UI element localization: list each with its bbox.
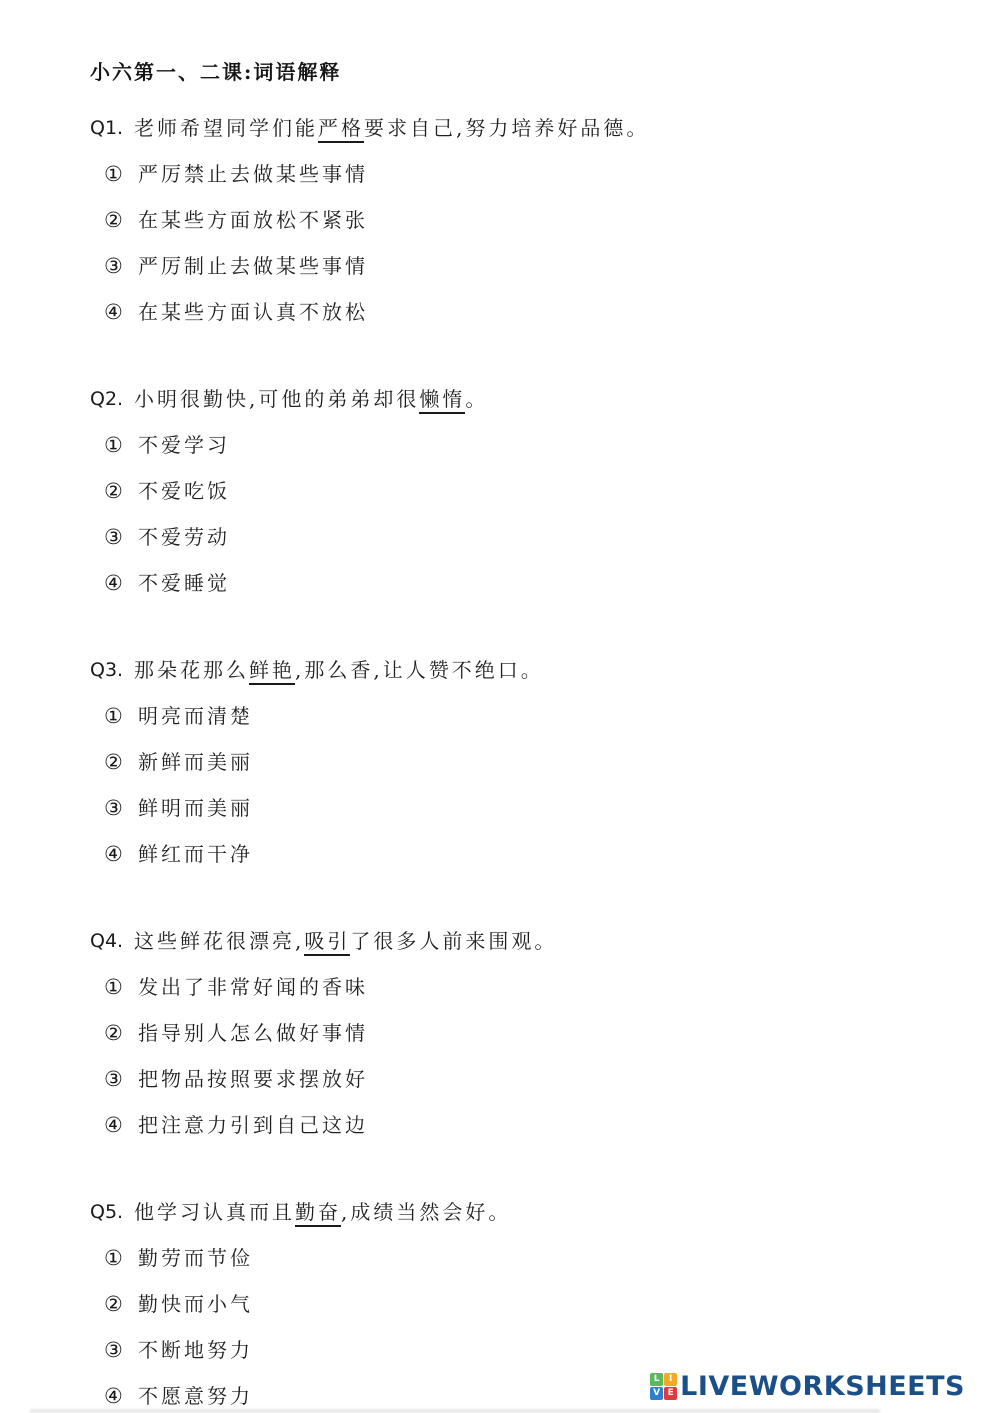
question-text-post: 要求自己,努力培养好品德。 (364, 116, 649, 140)
option-circle-number: ③ (104, 796, 138, 820)
answer-option[interactable]: ④ 在某些方面认真不放松 (104, 300, 1000, 324)
answer-option[interactable]: ② 在某些方面放松不紧张 (104, 208, 1000, 232)
question-number: Q5. (90, 1200, 134, 1224)
question-text-post: 。 (465, 387, 488, 411)
option-circle-number: ④ (104, 300, 138, 324)
question-text-pre: 那朵花那么 (134, 658, 249, 682)
option-label: 鲜明而美丽 (138, 796, 253, 820)
question-text: 他学习认真而且勤奋,成绩当然会好。 (134, 1200, 511, 1224)
option-circle-number: ④ (104, 1384, 138, 1408)
underlined-word: 鲜艳 (249, 658, 295, 685)
question-text-post: ,那么香,让人赞不绝口。 (295, 658, 544, 682)
answer-option[interactable]: ③ 不断地努力 (104, 1338, 1000, 1362)
option-label: 不爱学习 (138, 433, 230, 457)
option-label: 勤快而小气 (138, 1292, 253, 1316)
option-circle-number: ④ (104, 842, 138, 866)
answer-option[interactable]: ④ 鲜红而干净 (104, 842, 1000, 866)
question-block-q1: Q1. 老师希望同学们能严格要求自己,努力培养好品德。 ① 严厉禁止去做某些事情… (90, 116, 1000, 324)
option-circle-number: ① (104, 162, 138, 186)
option-label: 不断地努力 (138, 1338, 253, 1362)
answer-option[interactable]: ③ 严厉制止去做某些事情 (104, 254, 1000, 278)
question-text: 那朵花那么鲜艳,那么香,让人赞不绝口。 (134, 658, 544, 682)
answer-option[interactable]: ④ 不爱睡觉 (104, 571, 1000, 595)
option-label: 新鲜而美丽 (138, 750, 253, 774)
question-block-q2: Q2. 小明很勤快,可他的弟弟却很懒惰。 ① 不爱学习 ② 不爱吃饭 ③ 不爱劳… (90, 387, 1000, 595)
option-circle-number: ① (104, 433, 138, 457)
answer-option[interactable]: ② 新鲜而美丽 (104, 750, 1000, 774)
question-block-q4: Q4. 这些鲜花很漂亮,吸引了很多人前来围观。 ① 发出了非常好闻的香味 ② 指… (90, 929, 1000, 1137)
option-circle-number: ② (104, 1292, 138, 1316)
option-label: 明亮而清楚 (138, 704, 253, 728)
question-line: Q1. 老师希望同学们能严格要求自己,努力培养好品德。 (90, 116, 1000, 140)
answer-option[interactable]: ③ 不爱劳动 (104, 525, 1000, 549)
option-circle-number: ② (104, 479, 138, 503)
question-line: Q4. 这些鲜花很漂亮,吸引了很多人前来围观。 (90, 929, 1000, 953)
answer-option[interactable]: ① 明亮而清楚 (104, 704, 1000, 728)
question-text-pre: 小明很勤快,可他的弟弟却很 (134, 387, 419, 411)
answer-option[interactable]: ① 严厉禁止去做某些事情 (104, 162, 1000, 186)
question-number: Q2. (90, 387, 134, 411)
answer-option[interactable]: ① 勤劳而节俭 (104, 1246, 1000, 1270)
question-line: Q5. 他学习认真而且勤奋,成绩当然会好。 (90, 1200, 1000, 1224)
option-label: 鲜红而干净 (138, 842, 253, 866)
question-text-pre: 老师希望同学们能 (134, 116, 318, 140)
question-text-post: 了很多人前来围观。 (350, 929, 557, 953)
option-label: 在某些方面放松不紧张 (138, 208, 368, 232)
answer-option[interactable]: ② 指导别人怎么做好事情 (104, 1021, 1000, 1045)
option-label: 不愿意努力 (138, 1384, 253, 1408)
question-text: 小明很勤快,可他的弟弟却很懒惰。 (134, 387, 488, 411)
option-label: 严厉制止去做某些事情 (138, 254, 368, 278)
option-label: 在某些方面认真不放松 (138, 300, 368, 324)
page-cut-artifact (30, 1409, 880, 1413)
underlined-word: 吸引 (304, 929, 350, 956)
liveworksheets-wordmark: LIVEWORKSHEETS (680, 1371, 965, 1402)
option-circle-number: ④ (104, 571, 138, 595)
answer-option[interactable]: ① 发出了非常好闻的香味 (104, 975, 1000, 999)
option-label: 不爱吃饭 (138, 479, 230, 503)
answer-option[interactable]: ③ 鲜明而美丽 (104, 796, 1000, 820)
question-text-pre: 他学习认真而且 (134, 1200, 295, 1224)
answer-option[interactable]: ① 不爱学习 (104, 433, 1000, 457)
question-number: Q4. (90, 929, 134, 953)
liveworksheets-logo-icon: L I V E (650, 1373, 677, 1400)
option-label: 勤劳而节俭 (138, 1246, 253, 1270)
option-circle-number: ② (104, 1021, 138, 1045)
worksheet-page: 小六第一、二课:词语解释 Q1. 老师希望同学们能严格要求自己,努力培养好品德。… (0, 0, 1000, 1413)
question-text-pre: 这些鲜花很漂亮, (134, 929, 304, 953)
underlined-word: 懒惰 (419, 387, 465, 414)
question-line: Q2. 小明很勤快,可他的弟弟却很懒惰。 (90, 387, 1000, 411)
answer-option[interactable]: ③ 把物品按照要求摆放好 (104, 1067, 1000, 1091)
option-label: 不爱劳动 (138, 525, 230, 549)
liveworksheets-footer-link[interactable]: L I V E LIVEWORKSHEETS (650, 1371, 965, 1402)
underlined-word: 勤奋 (295, 1200, 341, 1227)
option-circle-number: ③ (104, 1067, 138, 1091)
logo-square: L (650, 1373, 663, 1386)
question-line: Q3. 那朵花那么鲜艳,那么香,让人赞不绝口。 (90, 658, 1000, 682)
option-circle-number: ③ (104, 525, 138, 549)
underlined-word: 严格 (318, 116, 364, 143)
question-text: 这些鲜花很漂亮,吸引了很多人前来围观。 (134, 929, 557, 953)
answer-option[interactable]: ② 勤快而小气 (104, 1292, 1000, 1316)
question-block-q3: Q3. 那朵花那么鲜艳,那么香,让人赞不绝口。 ① 明亮而清楚 ② 新鲜而美丽 … (90, 658, 1000, 866)
option-circle-number: ③ (104, 254, 138, 278)
logo-square: E (664, 1387, 677, 1400)
logo-square: I (664, 1373, 677, 1386)
option-circle-number: ② (104, 208, 138, 232)
option-label: 严厉禁止去做某些事情 (138, 162, 368, 186)
option-label: 不爱睡觉 (138, 571, 230, 595)
answer-option[interactable]: ④ 把注意力引到自己这边 (104, 1113, 1000, 1137)
option-circle-number: ① (104, 975, 138, 999)
question-text: 老师希望同学们能严格要求自己,努力培养好品德。 (134, 116, 649, 140)
option-label: 把注意力引到自己这边 (138, 1113, 368, 1137)
option-label: 指导别人怎么做好事情 (138, 1021, 368, 1045)
option-circle-number: ② (104, 750, 138, 774)
option-circle-number: ① (104, 1246, 138, 1270)
option-circle-number: ③ (104, 1338, 138, 1362)
logo-square: V (650, 1387, 663, 1400)
page-title: 小六第一、二课:词语解释 (90, 60, 1000, 84)
option-circle-number: ④ (104, 1113, 138, 1137)
option-label: 发出了非常好闻的香味 (138, 975, 368, 999)
option-label: 把物品按照要求摆放好 (138, 1067, 368, 1091)
question-number: Q1. (90, 116, 134, 140)
answer-option[interactable]: ② 不爱吃饭 (104, 479, 1000, 503)
question-text-post: ,成绩当然会好。 (341, 1200, 511, 1224)
question-number: Q3. (90, 658, 134, 682)
option-circle-number: ① (104, 704, 138, 728)
